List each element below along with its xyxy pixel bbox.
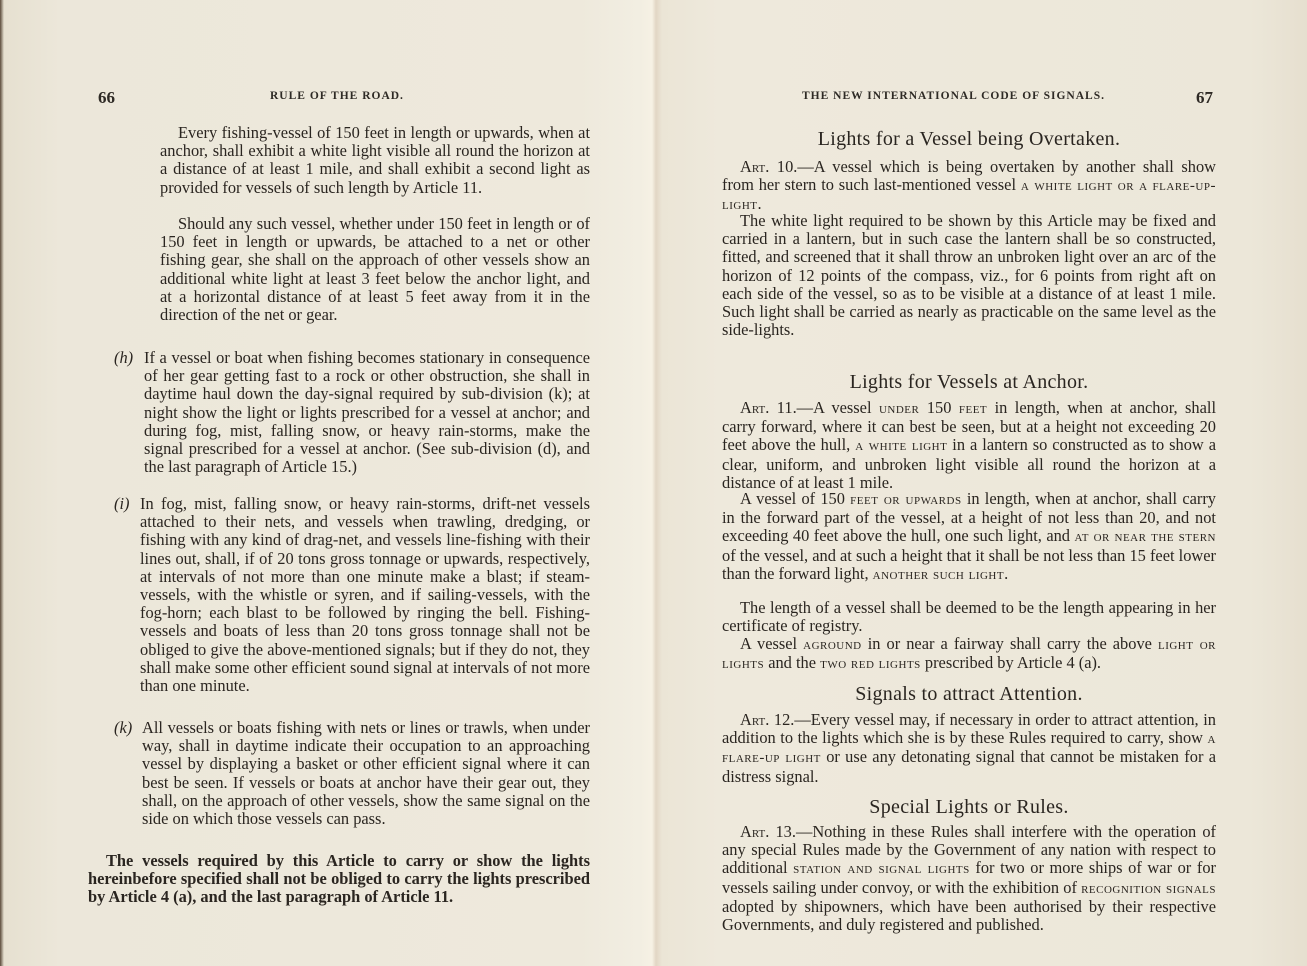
section-heading-special: Special Lights or Rules.: [722, 796, 1216, 819]
intro-paragraph-1: Every fishing-vessel of 150 feet in leng…: [160, 124, 590, 197]
small-caps-run: feet or upwards: [850, 492, 961, 508]
text-run: A vessel of 150: [740, 489, 850, 508]
text-run: adopted by shipowners, which have been a…: [722, 897, 1216, 934]
small-caps-run: station and signal lights: [793, 861, 970, 877]
section-heading-attention: Signals to attract Attention.: [722, 683, 1216, 706]
text-run: in or near a fairway shall carry the abo…: [862, 634, 1158, 653]
clause-label: (i): [114, 495, 129, 513]
left-page: 66 RULE OF THE ROAD. Every fishing-vesse…: [0, 0, 654, 966]
page-number: 67: [1196, 88, 1213, 108]
intro-paragraph-2: Should any such vessel, whether under 15…: [160, 215, 590, 324]
art-13-para-1: Art. 13.—Nothing in these Rules shall in…: [722, 823, 1216, 934]
article-label: Art. 12.: [740, 710, 794, 729]
art-10-para-1: Art. 10.—A vessel which is being overtak…: [722, 158, 1216, 215]
text-run: A vessel: [740, 634, 803, 653]
open-book-spread: 66 RULE OF THE ROAD. Every fishing-vesse…: [0, 0, 1307, 966]
running-head: THE NEW INTERNATIONAL CODE OF SIGNALS.: [802, 90, 1105, 102]
art-11-para-4: A vessel aground in or near a fairway sh…: [722, 635, 1216, 673]
right-page: THE NEW INTERNATIONAL CODE OF SIGNALS. 6…: [656, 0, 1307, 966]
small-caps-run: feet: [959, 401, 987, 417]
article-label: Art. 13.: [740, 822, 796, 841]
text-run: —Every vessel may, if necessary in order…: [722, 710, 1216, 747]
clause-i: (i) In fog, mist, falling snow, or heavy…: [114, 495, 590, 695]
text-run: .: [1004, 564, 1008, 583]
text-run: 150: [919, 398, 959, 417]
clause-text: All vessels or boats fishing with nets o…: [142, 719, 590, 828]
small-caps-run: a white light: [855, 438, 947, 454]
art-11-para-2: A vessel of 150 feet or upwards in lengt…: [722, 490, 1216, 584]
clause-body-text: In fog, mist, falling snow, or heavy rai…: [140, 494, 590, 695]
small-caps-run: at or near the stern: [1074, 529, 1216, 545]
paragraph-text: Every fishing-vessel of 150 feet in leng…: [160, 124, 590, 197]
paragraph-text: The white light required to be shown by …: [722, 212, 1216, 339]
clause-body-text: All vessels or boats fishing with nets o…: [142, 718, 590, 828]
paragraph-text: The length of a vessel shall be deemed t…: [722, 599, 1216, 635]
clause-label: (h): [114, 349, 133, 367]
clause-text: If a vessel or boat when fishing becomes…: [144, 349, 590, 476]
section-heading-anchor: Lights for Vessels at Anchor.: [722, 371, 1216, 394]
text-run: prescribed by Article 4 (a).: [921, 653, 1101, 672]
paragraph-text: The vessels required by this Article to …: [88, 852, 590, 907]
small-caps-run: two red lights: [820, 656, 921, 672]
section-heading-overtaken: Lights for a Vessel being Overtaken.: [722, 128, 1216, 151]
small-caps-run: recognition signals: [1081, 881, 1216, 897]
clause-label: (k): [114, 719, 132, 737]
article-label: Art. 10.: [740, 157, 797, 176]
art-12-para-1: Art. 12.—Every vessel may, if necessary …: [722, 711, 1216, 786]
small-caps-run: another such light: [873, 567, 1004, 583]
art-10-para-2: The white light required to be shown by …: [722, 212, 1216, 339]
small-caps-run: under: [879, 401, 919, 417]
clause-body-text: If a vessel or boat when fishing becomes…: [144, 348, 590, 476]
text-run: and the: [764, 653, 820, 672]
article-label: Art. 11.: [740, 398, 797, 417]
page-number: 66: [98, 88, 115, 108]
art-11-para-3: The length of a vessel shall be deemed t…: [722, 599, 1216, 635]
art-11-para-1: Art. 11.—A vessel under 150 feet in leng…: [722, 399, 1216, 492]
clause-k: (k) All vessels or boats fishing with ne…: [114, 719, 590, 828]
text-run: —A vessel: [797, 398, 879, 417]
running-head: RULE OF THE ROAD.: [270, 90, 404, 102]
small-caps-run: aground: [803, 637, 862, 653]
closing-paragraph: The vessels required by this Article to …: [88, 852, 590, 907]
clause-h: (h) If a vessel or boat when fishing bec…: [114, 349, 590, 476]
paragraph-text: Should any such vessel, whether under 15…: [160, 215, 590, 324]
clause-text: In fog, mist, falling snow, or heavy rai…: [140, 495, 590, 695]
